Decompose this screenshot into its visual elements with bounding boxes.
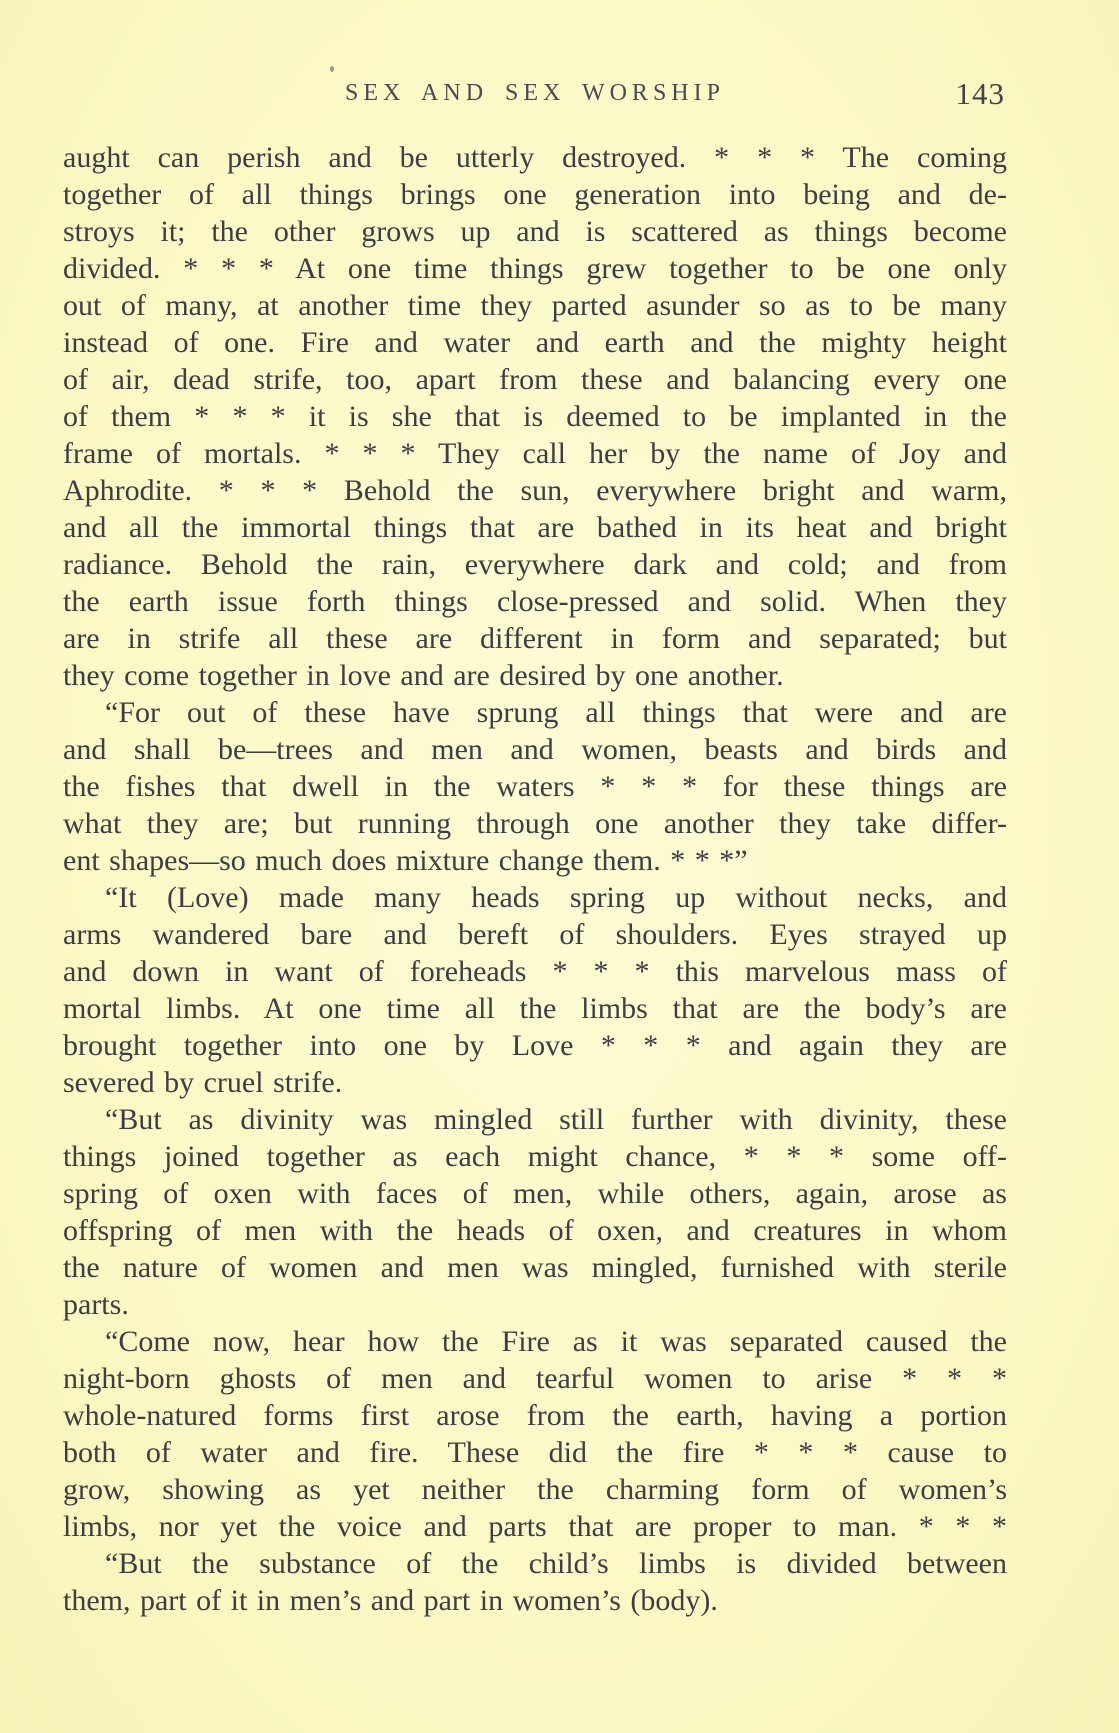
page-number: 143 [956,76,1006,112]
text-line: are in strife all these are different in… [63,620,1007,657]
text-line: mortal limbs. At one time all the limbs … [63,990,1007,1027]
page-header: SEX AND SEX WORSHIP 143 [63,80,1007,114]
text-line: “Come now, hear how the Fire as it was s… [63,1323,1007,1360]
text-line: spring of oxen with faces of men, while … [63,1175,1007,1212]
text-line: ent shapes—so much does mixture change t… [63,842,1007,879]
text-line: out of many, at another time they parted… [63,287,1007,324]
ink-speck [330,66,334,72]
paragraph: “But as divinity was mingled still furth… [63,1101,1007,1323]
paragraph: “It (Love) made many heads spring up wit… [63,879,1007,1101]
text-line: instead of one. Fire and water and earth… [63,324,1007,361]
text-line: grow, showing as yet neither the charmin… [63,1471,1007,1508]
text-line: and down in want of foreheads * * * this… [63,953,1007,990]
text-line: they come together in love and are desir… [63,657,1007,694]
text-line: parts. [63,1286,1007,1323]
text-line: “But the substance of the child’s limbs … [63,1545,1007,1582]
paragraph: “For out of these have sprung all things… [63,694,1007,879]
text-line: whole-natured forms first arose from the… [63,1397,1007,1434]
text-line: divided. * * * At one time things grew t… [63,250,1007,287]
paragraph: aught can perish and be utterly destroye… [63,139,1007,694]
text-line: things joined together as each might cha… [63,1138,1007,1175]
text-line: “But as divinity was mingled still furth… [63,1101,1007,1138]
paragraph: “Come now, hear how the Fire as it was s… [63,1323,1007,1545]
text-line: both of water and fire. These did the fi… [63,1434,1007,1471]
text-line: stroys it; the other grows up and is sca… [63,213,1007,250]
paragraph: “But the substance of the child’s limbs … [63,1545,1007,1619]
text-line: the nature of women and men was mingled,… [63,1249,1007,1286]
text-line: of them * * * it is she that is deemed t… [63,398,1007,435]
text-line: severed by cruel strife. [63,1064,1007,1101]
text-line: the fishes that dwell in the waters * * … [63,768,1007,805]
text-line: “For out of these have sprung all things… [63,694,1007,731]
text-line: arms wandered bare and bereft of shoulde… [63,916,1007,953]
text-line: Aphrodite. * * * Behold the sun, everywh… [63,472,1007,509]
text-line: limbs, nor yet the voice and parts that … [63,1508,1007,1545]
text-line: aught can perish and be utterly destroye… [63,139,1007,176]
text-line: brought together into one by Love * * * … [63,1027,1007,1064]
text-line: radiance. Behold the rain, everywhere da… [63,546,1007,583]
text-line: together of all things brings one genera… [63,176,1007,213]
text-line: and shall be—trees and men and women, be… [63,731,1007,768]
text-line: “It (Love) made many heads spring up wit… [63,879,1007,916]
text-line: offspring of men with the heads of oxen,… [63,1212,1007,1249]
running-title: SEX AND SEX WORSHIP [63,80,1007,107]
text-line: frame of mortals. * * * They call her by… [63,435,1007,472]
book-page: SEX AND SEX WORSHIP 143 aught can perish… [0,0,1119,1733]
text-line: what they are; but running through one a… [63,805,1007,842]
text-line: them, part of it in men’s and part in wo… [63,1582,1007,1619]
text-line: the earth issue forth things close-press… [63,583,1007,620]
text-line: night-born ghosts of men and tearful wom… [63,1360,1007,1397]
text-line: of air, dead strife, too, apart from the… [63,361,1007,398]
text-line: and all the immortal things that are bat… [63,509,1007,546]
text-block: aught can perish and be utterly destroye… [63,139,1007,1619]
